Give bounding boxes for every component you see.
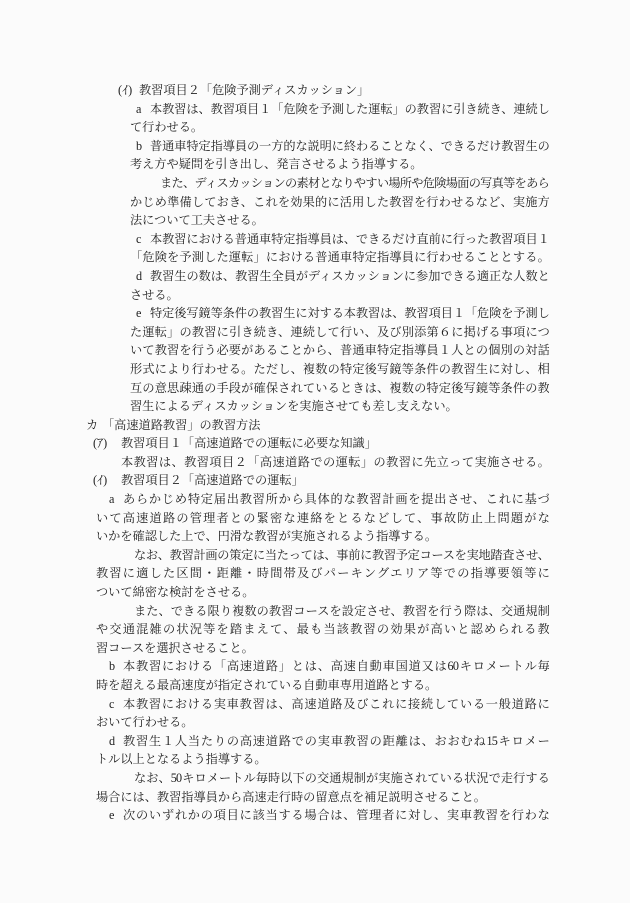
document-line: e次のいずれかの項目に該当する場合は、管理者に対し、実車教習を行わな — [0, 806, 630, 825]
document-line: いて高速道路の管理者との緊密な連絡をとるなどして、事故防止上問題がな — [0, 509, 630, 528]
document-line: ついて綿密な検討をさせる。 — [0, 583, 630, 602]
line-text: ついて綿密な検討をさせる。 — [96, 583, 630, 602]
line-text: あらかじめ特定届出教習所から具体的な教習計画を提出させ、これに基づ — [123, 490, 549, 509]
document-line: 法について工夫させる。 — [0, 211, 630, 230]
document-line: d教習生の数は、教習生全員がディスカッションに参加できる適正な人数と — [0, 267, 630, 286]
line-text: おいて行わせる。 — [96, 713, 630, 732]
item-marker: e — [136, 304, 141, 323]
document-line: 習コースを選択させること。 — [0, 639, 630, 658]
document-line: 教習に適した区間・距離・時間帯及びパーキングエリア等での指導要領等に — [0, 564, 630, 583]
line-text: また、できる限り複数の教習コースを設定させ、教習を行う際は、交通規制 — [134, 602, 549, 621]
line-text: 教習項目１「高速道路での運転に必要な知識」 — [121, 434, 630, 453]
document-page: (ｲ)教習項目２「危険予測ディスカッション」a本教習は、教習項目１「危険を予測し… — [0, 81, 630, 825]
document-line: おいて行わせる。 — [0, 713, 630, 732]
document-line: d教習生１人当たりの高速道路での実車教習の距離は、おおむね15キロメー — [0, 732, 630, 751]
document-line: 時を超える最高速度が指定されている自動車専用道路とする。 — [0, 676, 630, 695]
item-marker: c — [109, 695, 114, 714]
line-text: や交通混雑の状況等を踏まえて、最も当該教習の効果が高いと認められる教 — [96, 620, 549, 639]
document-line: 習生によるディスカッションを実施させても差し支えない。 — [0, 397, 630, 416]
document-line: また、ディスカッションの素材となりやすい場所や危険場面の写真等をあら — [0, 174, 630, 193]
item-marker: b — [136, 137, 142, 156]
line-text: 本教習は、教習項目１「危険を予測した運転」の教習に引き続き、連続し — [150, 100, 549, 119]
line-text: 本教習における実車教習は、高速道路及びこれに接続している一般道路に — [123, 695, 549, 714]
document-page-background: (ｲ)教習項目２「危険予測ディスカッション」a本教習は、教習項目１「危険を予測し… — [0, 0, 630, 903]
document-line: 本教習は、教習項目２「高速道路での運転」の教習に先立って実施させる。 — [0, 453, 630, 472]
document-line: させる。 — [0, 286, 630, 305]
document-line: 考え方や疑問を引き出し、発言させるよう指導する。 — [0, 155, 630, 174]
item-marker: c — [136, 230, 141, 249]
document-line: いかを確認した上で、円滑な教習が実施されるよう指導する。 — [0, 527, 630, 546]
item-marker: a — [109, 490, 114, 509]
line-text: 習生によるディスカッションを実施させても差し支えない。 — [130, 397, 630, 416]
document-line: トル以上となるよう指導する。 — [0, 750, 630, 769]
line-text: なお、教習計画の策定に当たっては、事前に教習予定コースを実地踏査させ、 — [134, 546, 549, 565]
line-text: 場合には、教習指導員から高速走行時の留意点を補足説明させること。 — [96, 788, 630, 807]
document-line: また、できる限り複数の教習コースを設定させ、教習を行う際は、交通規制 — [0, 602, 630, 621]
line-text: いかを確認した上で、円滑な教習が実施されるよう指導する。 — [96, 527, 630, 546]
line-text: 教習項目２「高速道路での運転」 — [121, 471, 630, 490]
document-line: (ｲ)教習項目２「危険予測ディスカッション」 — [0, 81, 630, 100]
document-line: b普通車特定指導員の一方的な説明に終わることなく、できるだけ教習生の — [0, 137, 630, 156]
document-line: c本教習における実車教習は、高速道路及びこれに接続している一般道路に — [0, 695, 630, 714]
line-text: かじめ準備しておき、これを効果的に活用した教習を行わせるなど、実施方 — [130, 193, 549, 212]
line-text: 次のいずれかの項目に該当する場合は、管理者に対し、実車教習を行わな — [123, 806, 549, 825]
line-text: 教習生１人当たりの高速道路での実車教習の距離は、おおむね15キロメー — [123, 732, 549, 751]
line-text: 時を超える最高速度が指定されている自動車専用道路とする。 — [96, 676, 630, 695]
line-text: て行わせる。 — [130, 118, 630, 137]
document-line: て行わせる。 — [0, 118, 630, 137]
item-marker: a — [136, 100, 141, 119]
line-text: 形式により行わせる。ただし、複数の特定後写鏡等条件の教習生に対し、相 — [130, 360, 549, 379]
document-line: (ｱ)教習項目１「高速道路での運転に必要な知識」 — [0, 434, 630, 453]
document-line: c本教習における普通車特定指導員は、できるだけ直前に行った教習項目１ — [0, 230, 630, 249]
line-text: させる。 — [130, 286, 630, 305]
line-text: いて教習を行う必要があることから、普通車特定指導員１人との個別の対話 — [130, 341, 549, 360]
line-text: 教習項目２「危険予測ディスカッション」 — [139, 81, 630, 100]
line-text: 「高速道路教習」の教習方法 — [102, 416, 630, 435]
line-text: トル以上となるよう指導する。 — [96, 750, 630, 769]
document-line: e特定後写鏡等条件の教習生に対する本教習は、教習項目１「危険を予測し — [0, 304, 630, 323]
line-text: 「危険を予測した運転」における普通車特定指導員に行わせることとする。 — [130, 248, 549, 267]
item-marker: カ — [86, 416, 98, 435]
line-text: 考え方や疑問を引き出し、発言させるよう指導する。 — [130, 155, 630, 174]
item-marker: d — [136, 267, 142, 286]
line-text: 習コースを選択させること。 — [96, 639, 630, 658]
item-marker: (ｲ) — [118, 81, 132, 100]
item-marker: e — [109, 806, 114, 825]
item-marker: d — [109, 732, 115, 751]
document-line: (ｲ)教習項目２「高速道路での運転」 — [0, 471, 630, 490]
document-line: 形式により行わせる。ただし、複数の特定後写鏡等条件の教習生に対し、相 — [0, 360, 630, 379]
document-line: 「危険を予測した運転」における普通車特定指導員に行わせることとする。 — [0, 248, 630, 267]
line-text: 普通車特定指導員の一方的な説明に終わることなく、できるだけ教習生の — [150, 137, 549, 156]
line-text: いて高速道路の管理者との緊密な連絡をとるなどして、事故防止上問題がな — [96, 509, 549, 528]
line-text: 互の意思疎通の手段が確保されているときは、複数の特定後写鏡等条件の教 — [130, 379, 549, 398]
document-line: a本教習は、教習項目１「危険を予測した運転」の教習に引き続き、連続し — [0, 100, 630, 119]
document-line: た運転」の教習に引き続き、連続して行い、及び別添第６に掲げる事項につ — [0, 323, 630, 342]
document-line: 場合には、教習指導員から高速走行時の留意点を補足説明させること。 — [0, 788, 630, 807]
item-marker: (ｲ) — [93, 471, 107, 490]
item-marker: (ｱ) — [93, 434, 107, 453]
document-line: カ「高速道路教習」の教習方法 — [0, 416, 630, 435]
line-text: 本教習における普通車特定指導員は、できるだけ直前に行った教習項目１ — [150, 230, 549, 249]
line-text: 教習に適した区間・距離・時間帯及びパーキングエリア等での指導要領等に — [96, 564, 549, 583]
line-text: また、ディスカッションの素材となりやすい場所や危険場面の写真等をあら — [160, 174, 549, 193]
document-line: 互の意思疎通の手段が確保されているときは、複数の特定後写鏡等条件の教 — [0, 379, 630, 398]
line-text: 特定後写鏡等条件の教習生に対する本教習は、教習項目１「危険を予測し — [150, 304, 549, 323]
document-line: なお、教習計画の策定に当たっては、事前に教習予定コースを実地踏査させ、 — [0, 546, 630, 565]
item-marker: b — [109, 657, 115, 676]
document-line: いて教習を行う必要があることから、普通車特定指導員１人との個別の対話 — [0, 341, 630, 360]
document-line: b本教習における「高速道路」とは、高速自動車国道又は60キロメートル毎 — [0, 657, 630, 676]
document-line: や交通混雑の状況等を踏まえて、最も当該教習の効果が高いと認められる教 — [0, 620, 630, 639]
document-line: なお、50キロメートル毎時以下の交通規制が実施されている状況で走行する — [0, 769, 630, 788]
line-text: 法について工夫させる。 — [130, 211, 630, 230]
document-line: aあらかじめ特定届出教習所から具体的な教習計画を提出させ、これに基づ — [0, 490, 630, 509]
line-text: なお、50キロメートル毎時以下の交通規制が実施されている状況で走行する — [134, 769, 549, 788]
document-line: かじめ準備しておき、これを効果的に活用した教習を行わせるなど、実施方 — [0, 193, 630, 212]
line-text: 本教習は、教習項目２「高速道路での運転」の教習に先立って実施させる。 — [121, 453, 549, 472]
line-text: 本教習における「高速道路」とは、高速自動車国道又は60キロメートル毎 — [123, 657, 549, 676]
line-text: た運転」の教習に引き続き、連続して行い、及び別添第６に掲げる事項につ — [130, 323, 549, 342]
line-text: 教習生の数は、教習生全員がディスカッションに参加できる適正な人数と — [150, 267, 549, 286]
